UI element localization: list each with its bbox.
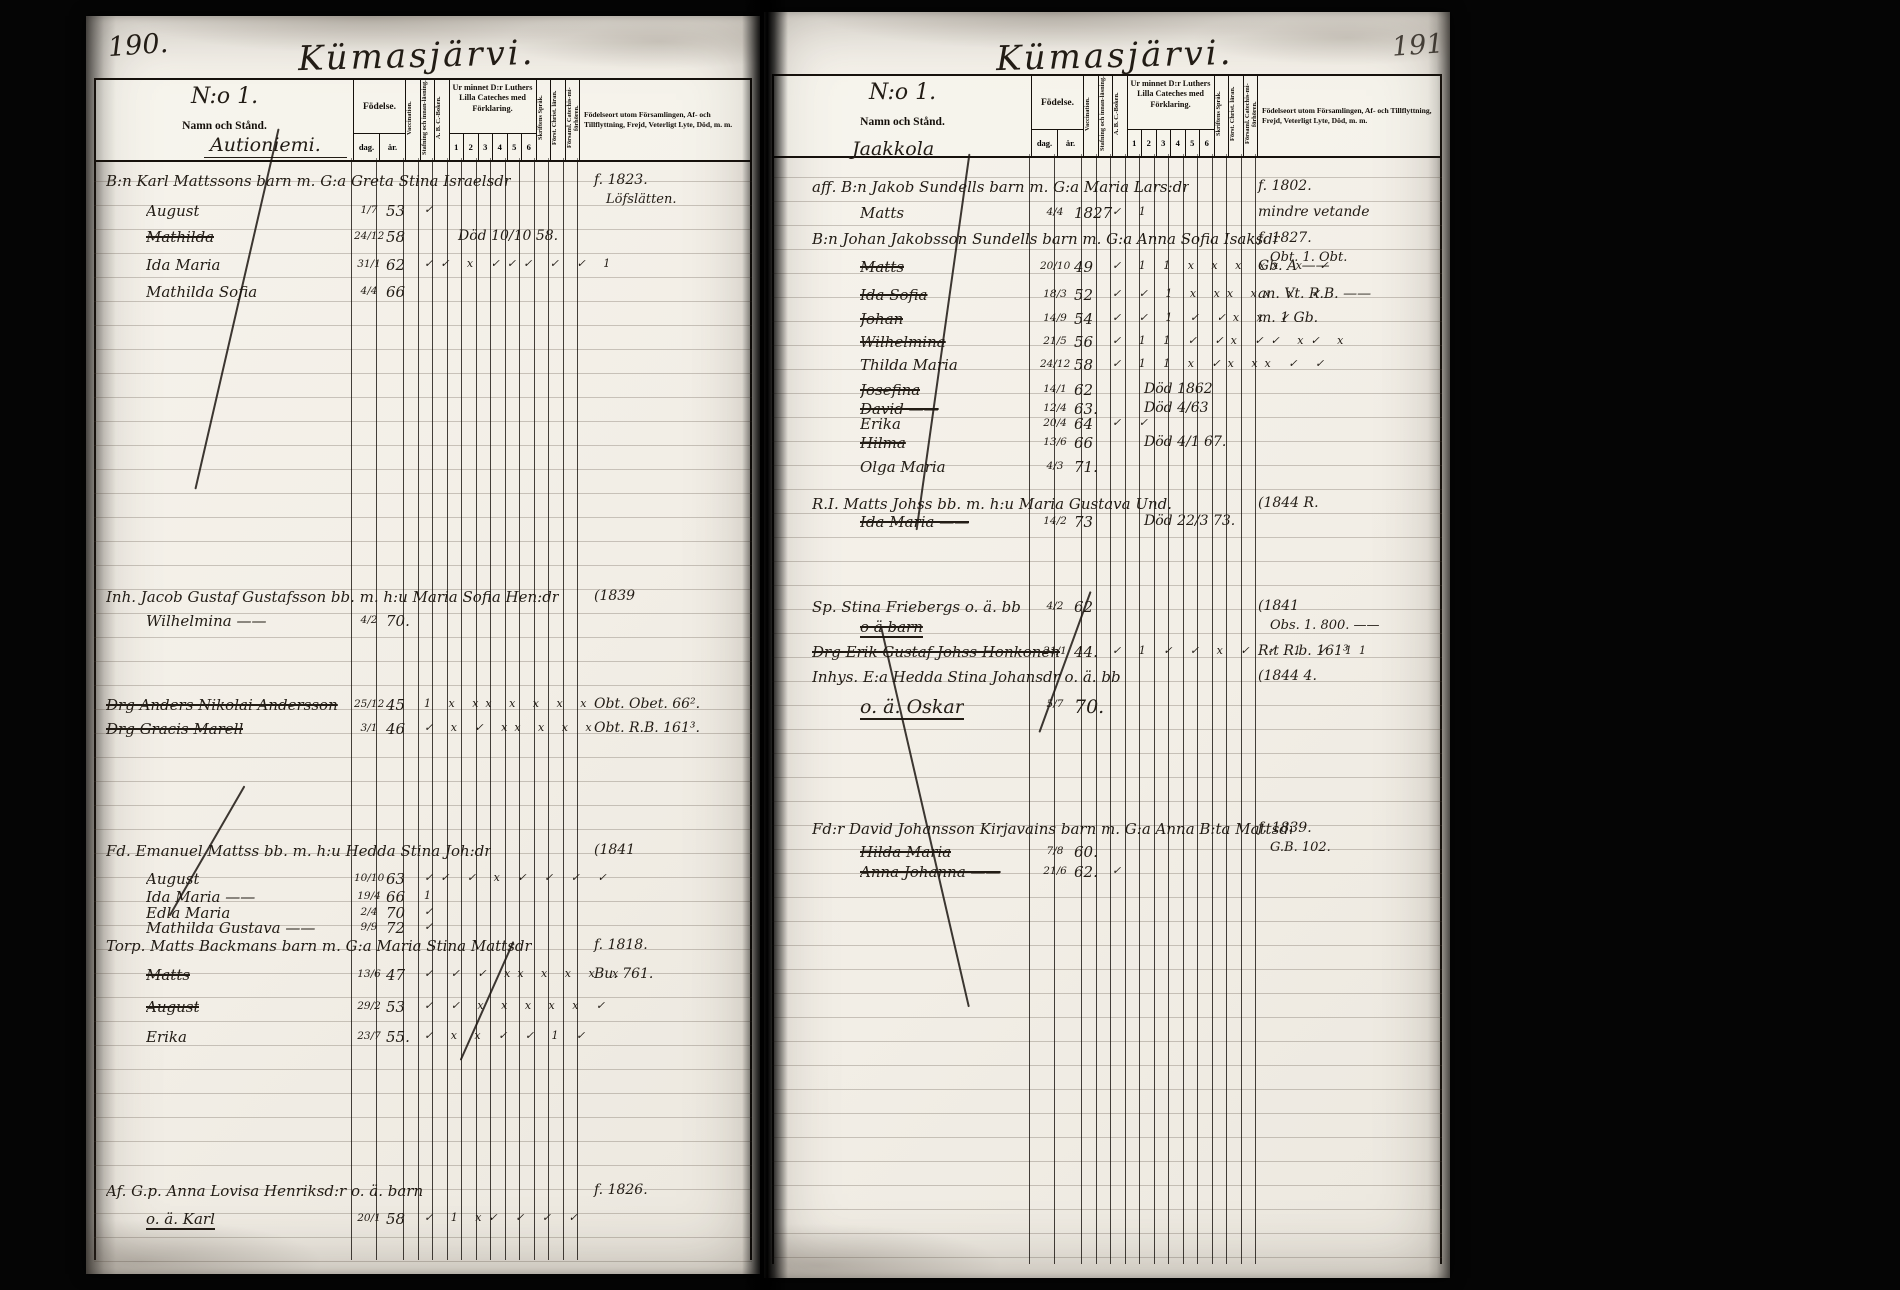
margin-note: mindre vetande [1258, 204, 1370, 220]
grade-marks: ✓ [424, 920, 440, 933]
birth-day: 9/9 [354, 921, 384, 933]
birth-year: 55. [386, 1028, 420, 1046]
page-title: Kümasjärvi. [996, 33, 1234, 79]
ledger-row: Inh. Jacob Gustaf Gustafsson bb. m. h:u … [94, 588, 752, 614]
grade-marks: ✓ [1112, 864, 1128, 877]
ledger-row: Drg Erik Gustaf Johss Honkonen21/144.✓ 1… [772, 643, 1442, 669]
margin-note: Bu. 761. [594, 966, 653, 982]
entry-name: Mathilda [146, 228, 214, 246]
header-spelling: Stafning och innan-läsning. [1099, 76, 1114, 156]
entry-name: Matts [860, 258, 904, 276]
entry-name: Drg Anders Nikolai Andersson [106, 696, 338, 714]
entry-name: Hilda Maria [860, 843, 951, 861]
birth-day: 20/4 [1040, 417, 1070, 429]
header-birth: Födelse. dag. år. [354, 80, 406, 160]
birth-day: 14/2 [1040, 515, 1070, 527]
grade-marks: ✓ x x ✓ ✓ 1 ✓ [424, 1029, 592, 1042]
entry-name: Hilma [860, 434, 906, 452]
entry-name: Inh. Jacob Gustaf Gustafsson bb. m. h:u … [106, 588, 559, 606]
entry-name: Erika [146, 1028, 187, 1046]
birth-day: 12/4 [1040, 402, 1070, 414]
entry-name: Johan [860, 310, 903, 328]
entry-name: B:n Karl Mattssons barn m. G:a Greta Sti… [106, 172, 511, 190]
entry-name: o. ä. Karl [146, 1210, 215, 1230]
birth-year: 47 [386, 966, 420, 984]
birth-year: 63 [386, 870, 420, 888]
birth-year: 66 [1074, 434, 1116, 452]
entry-name: Drg Erik Gustaf Johss Honkonen [812, 643, 1060, 661]
scanned-parish-register: 190. Kümasjärvi. N:o 1. Namn och Stånd. … [0, 0, 1900, 1290]
entry-name: Anna Johanna —— [860, 863, 1001, 881]
entry-name: R.I. Matts Johss bb. m. h:u Maria Gustav… [812, 495, 1172, 513]
ledger-row: Matts20/1049✓ 1 1 x x x xx x ✓Gb. A —— [772, 258, 1442, 284]
entry-name: August [146, 998, 199, 1016]
ledger-row: Mathilda Sofia4/466 [94, 283, 752, 309]
birth-year-label: år. [1058, 130, 1083, 156]
birth-day: 13/6 [1040, 436, 1070, 448]
record-number: N:o 1. [191, 84, 258, 109]
birth-day: 21/6 [1040, 865, 1070, 877]
birth-year: 70. [1074, 696, 1116, 718]
ledger-row: Ida Maria ——14/273Död 22/3 73. [772, 513, 1442, 539]
margin-note: (1839 [594, 588, 635, 604]
grade-marks: ✓ 1 [1112, 205, 1153, 218]
ledger-row: o ä barn [772, 618, 1442, 644]
birth-year: 58 [1074, 356, 1116, 374]
ledger-page-left: 190. Kümasjärvi. N:o 1. Namn och Stånd. … [86, 16, 760, 1274]
record-number: N:o 1. [869, 80, 936, 105]
birth-day: 24/12 [1040, 358, 1070, 370]
header-spelling: Stafning och innan-läsning. [421, 80, 436, 160]
margin-note: (1844 4. [1258, 668, 1317, 684]
grade-marks: ✓ ✓ x x x x x ✓ [424, 999, 612, 1012]
entry-name: o. ä. Oskar [860, 696, 964, 720]
ledger-row: Olga Maria4/371. [772, 458, 1442, 484]
entry-name: Drg Gracis Marell [106, 720, 243, 738]
birth-day: 13/6 [354, 968, 384, 980]
birth-day: 20/1 [354, 1212, 384, 1224]
header-catechism: Ur minnet D:r Luthers Lilla Cateches med… [450, 80, 537, 160]
entry-name: B:n Johan Jakobsson Sundells barn m. G:a… [812, 230, 1280, 248]
birth-day: 7/8 [1040, 845, 1070, 857]
birth-day: 5/7 [1040, 698, 1070, 710]
header-remarks: Födelseort utom Församlingen, Af- och Ti… [580, 80, 750, 160]
margin-note: f. 1818. [594, 937, 648, 953]
grade-marks: 1 [424, 889, 438, 902]
grade-marks: ✓ 1 1 ✓ ✓x ✓✓ x✓ x [1112, 334, 1350, 347]
entry-name: Af. G.p. Anna Lovisa Henriksd:r o. ä. ba… [106, 1182, 423, 1200]
margin-note: f. 1823. [594, 172, 648, 188]
entry-name: Thilda Maria [860, 356, 958, 374]
ledger-row: Inhys. E:a Hedda Stina Johansdr o. ä. bb… [772, 668, 1442, 694]
entry-name: August [146, 202, 199, 220]
birth-year: 52 [1074, 286, 1116, 304]
ledger-row: Fd. Emanuel Mattss bb. m. h:u Hedda Stin… [94, 842, 752, 868]
entry-name: Josefina [860, 381, 920, 399]
entry-name: o ä barn [860, 618, 923, 638]
ledger-row: Ida Sofia18/352✓ ✓ 1 x xx xx x ✓an. Vt. … [772, 286, 1442, 312]
birth-label: Födelse. [354, 80, 405, 134]
village-name: Jaakkola [846, 138, 960, 161]
header-vaccination: Vaccination. [406, 80, 421, 160]
margin-note: R:t R.b. 161³ [1258, 643, 1349, 659]
book-gutter-shadow [742, 0, 788, 1290]
grade-marks: ✓✓ ✓ x ✓ ✓ ✓ ✓ [424, 871, 614, 884]
entry-name: Inhys. E:a Hedda Stina Johansdr o. ä. bb [812, 668, 1121, 686]
death-note: Död 1862 [1144, 381, 1213, 397]
birth-year: 1827 [1074, 204, 1116, 222]
birth-year: 71. [1074, 458, 1116, 476]
page-title: Kümasjärvi. [298, 33, 536, 79]
birth-year: 72 [386, 919, 420, 937]
ledger-row: Torp. Matts Backmans barn m. G:a Maria S… [94, 937, 752, 963]
birth-day: 4/2 [1040, 600, 1070, 612]
birth-day: 14/1 [1040, 383, 1070, 395]
margin-note: f. 1802. [1258, 178, 1312, 194]
entry-name: Mathilda Gustava —— [146, 919, 315, 937]
ledger-row: Mathilda24/1258Död 10/10 58. [94, 228, 752, 254]
ledger-row: aff. B:n Jakob Sundells barn m. G:a Mari… [772, 178, 1442, 204]
entry-name: Wilhelmina —— [146, 612, 266, 630]
grade-marks: ✓ ✓ [1112, 416, 1155, 429]
header-vaccination: Vaccination. [1084, 76, 1099, 156]
margin-note: m. 1 Gb. [1258, 310, 1318, 326]
header-scripture: Skriftens Språk. [537, 80, 552, 160]
birth-year: 62. [1074, 863, 1116, 881]
birth-year: 66 [386, 283, 420, 301]
margin-note: (1841 [594, 842, 635, 858]
entry-name: aff. B:n Jakob Sundells barn m. G:a Mari… [812, 178, 1189, 196]
birth-day: 4/4 [1040, 206, 1070, 218]
ledger-row: Drg Gracis Marell3/146✓ x ✓ xx x x xObt.… [94, 720, 752, 746]
entry-name: Wilhelmina [860, 333, 946, 351]
death-note: Död 4/63 [1144, 400, 1209, 416]
birth-day: 24/12 [354, 230, 384, 242]
birth-year: 60. [1074, 843, 1116, 861]
ledger-row: o. ä. Karl20/158✓ 1 x✓ ✓ ✓ ✓ [94, 1210, 752, 1236]
birth-day: 2/4 [354, 906, 384, 918]
birth-year: 70. [386, 612, 420, 630]
ledger-row: Drg Anders Nikolai Andersson25/12451 x x… [94, 696, 752, 722]
birth-day: 14/9 [1040, 312, 1070, 324]
birth-day: 31/1 [354, 258, 384, 270]
birth-day: 4/3 [1040, 460, 1070, 472]
header-birth: Födelse. dag. år. [1032, 76, 1084, 156]
header-parish-exams: Församl. Catechis-mi-förhören. [1244, 76, 1259, 156]
birth-day-label: dag. [1032, 130, 1058, 156]
birth-year: 54 [1074, 310, 1116, 328]
ledger-row: Anna Johanna ——21/662.✓ [772, 863, 1442, 889]
birth-day: 21/5 [1040, 335, 1070, 347]
margin-note: an. Vt. R.B. —— [1258, 286, 1371, 302]
entry-name: Matts [146, 966, 190, 984]
header-name-label: Namn och Stånd. [96, 120, 353, 132]
birth-year: 62 [1074, 381, 1116, 399]
ledger-row: Erika23/755.✓ x x ✓ ✓ 1 ✓ [94, 1028, 752, 1054]
header-abc-book: A. B. C.-Boken. [435, 80, 450, 160]
ledger-row: August1/753✓ [94, 202, 752, 228]
birth-year: 53 [386, 202, 420, 220]
grade-marks: ✓✓ x ✓✓✓ ✓ ✓ 1 [424, 257, 617, 270]
grade-marks: ✓ 1 1 x ✓x xx ✓ ✓ [1112, 357, 1331, 370]
ledger-row: Af. G.p. Anna Lovisa Henriksd:r o. ä. ba… [94, 1182, 752, 1208]
birth-day: 25/12 [354, 698, 384, 710]
birth-day: 4/2 [354, 614, 384, 626]
header-christian-doctrine: Först. Christ. läran. [1229, 76, 1244, 156]
birth-day: 20/10 [1040, 260, 1070, 272]
birth-year: 73 [1074, 513, 1116, 531]
entry-name: Fd:r David Johansson Kirjavains barn m. … [812, 820, 1292, 838]
page-number: 191 [1391, 28, 1445, 63]
entry-name: Fd. Emanuel Mattss bb. m. h:u Hedda Stin… [106, 842, 491, 860]
birth-year: 58 [386, 1210, 420, 1228]
grade-marks: 1 x xx x x x x [424, 697, 593, 710]
entry-name: Olga Maria [860, 458, 946, 476]
birth-day: 29/2 [354, 1000, 384, 1012]
margin-note: Obt. R.B. 161³. [594, 720, 700, 736]
grade-marks: ✓ x ✓ xx x x x [424, 721, 599, 734]
header-remarks: Födelseort utom Församlingen, Af- och Ti… [1258, 76, 1440, 156]
entry-name: Matts [860, 204, 904, 222]
birth-label: Födelse. [1032, 76, 1083, 130]
header-catechism: Ur minnet D:r Luthers Lilla Cateches med… [1128, 76, 1215, 156]
birth-day: 10/10 [354, 872, 384, 884]
ledger-row: o. ä. Oskar5/770. [772, 696, 1442, 722]
entry-name: Erika [860, 415, 901, 433]
margin-note: f. 1827. [1258, 230, 1312, 246]
margin-note: (1841 [1258, 598, 1299, 614]
birth-year: 49 [1074, 258, 1116, 276]
birth-day: 23/7 [354, 1030, 384, 1042]
ledger-row: August29/253✓ ✓ x x x x x ✓ [94, 998, 752, 1024]
ledger-row: Matts13/647✓ ✓ ✓ xx x x x xBu. 761. [94, 966, 752, 992]
death-note: Död 22/3 73. [1144, 513, 1235, 529]
ledger-row: B:n Karl Mattssons barn m. G:a Greta Sti… [94, 172, 752, 198]
grade-marks: ✓ [424, 203, 440, 216]
ledger-row: Hilma13/666Död 4/1 67. [772, 434, 1442, 460]
header-parish-exams: Församl. Catechis-mi-förhören. [566, 80, 581, 160]
birth-year-label: år. [380, 134, 405, 160]
birth-year: 62 [386, 256, 420, 274]
birth-day: 1/7 [354, 204, 384, 216]
ledger-page-right: 191 Kümasjärvi. N:o 1. Namn och Stånd. F… [764, 12, 1450, 1278]
margin-note: f. 1826. [594, 1182, 648, 1198]
header-abc-book: A. B. C.-Boken. [1113, 76, 1128, 156]
death-note: Död 10/10 58. [458, 228, 558, 244]
birth-year: 58 [386, 228, 420, 246]
header-christian-doctrine: Först. Christ. läran. [551, 80, 566, 160]
table-header: N:o 1. Namn och Stånd. Födelse. dag. år.… [96, 80, 750, 162]
death-note: Död 4/1 67. [1144, 434, 1226, 450]
birth-year: 44. [1074, 643, 1116, 661]
birth-day: 19/4 [354, 890, 384, 902]
ledger-row: Thilda Maria24/1258✓ 1 1 x ✓x xx ✓ ✓ [772, 356, 1442, 382]
ledger-row: Matts4/41827✓ 1mindre vetande [772, 204, 1442, 230]
birth-day: 3/1 [354, 722, 384, 734]
birth-year: 56 [1074, 333, 1116, 351]
margin-note: (1844 R. [1258, 495, 1319, 511]
birth-day: 18/3 [1040, 288, 1070, 300]
entry-name: Sp. Stina Friebergs o. ä. bb [812, 598, 1021, 616]
birth-year: 53 [386, 998, 420, 1016]
birth-day-label: dag. [354, 134, 380, 160]
margin-note: Obt. Obet. 66². [594, 696, 700, 712]
birth-day: 4/4 [354, 285, 384, 297]
birth-year: 64 [1074, 415, 1116, 433]
header-name-label: Namn och Stånd. [774, 116, 1031, 128]
entry-name: Ida Maria —— [860, 513, 969, 531]
entry-name: Ida Sofia [860, 286, 928, 304]
grade-marks: ✓ 1 x✓ ✓ ✓ ✓ [424, 1211, 585, 1224]
birth-year: 46 [386, 720, 420, 738]
grade-marks: ✓ [424, 905, 440, 918]
margin-note: f. 1839. [1258, 820, 1312, 836]
ledger-row: B:n Johan Jakobsson Sundells barn m. G:a… [772, 230, 1442, 256]
margin-note: Gb. A —— [1258, 258, 1330, 274]
ledger-row: Ida Maria31/162✓✓ x ✓✓✓ ✓ ✓ 1 [94, 256, 752, 282]
ledger-row: Wilhelmina ——4/270. [94, 612, 752, 638]
page-number: 190. [107, 28, 169, 63]
header-scripture: Skriftens Språk. [1215, 76, 1230, 156]
entry-name: Torp. Matts Backmans barn m. G:a Maria S… [106, 937, 532, 955]
entry-name: Ida Maria [146, 256, 220, 274]
birth-year: 45 [386, 696, 420, 714]
